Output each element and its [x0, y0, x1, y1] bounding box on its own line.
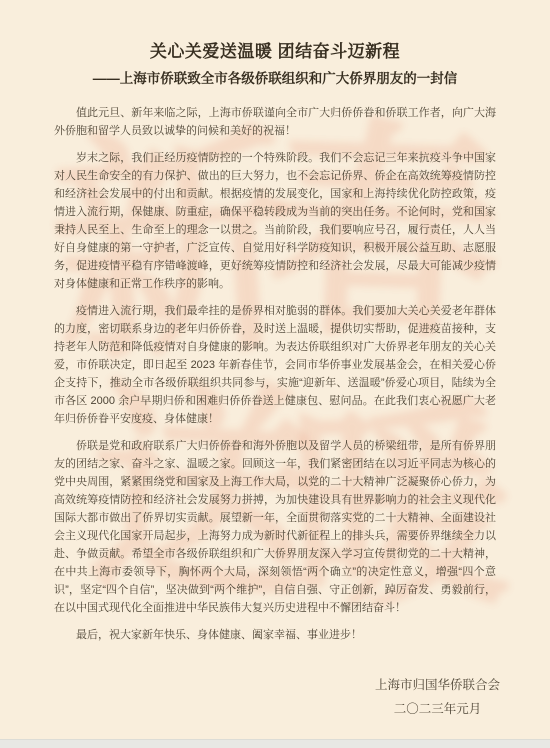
signature-organization: 上海市归国华侨联合会 [375, 676, 500, 694]
bottom-edge-strip [0, 739, 550, 748]
letter-body: 关心关爱送温暖 团结奋斗迈新程 ——上海市侨联致全市各级侨联组织和广大侨界朋友的… [0, 0, 550, 644]
paragraph-care-project: 疫情进入流行期，我们最牵挂的是侨界相对脆弱的群体。我们要加大关心关爱老年群体的力… [54, 302, 496, 428]
paragraph-greeting: 值此元旦、新年来临之际，上海市侨联谨向全市广大归侨侨眷和侨联工作者，向广大海外侨… [54, 104, 496, 140]
signature-block: 上海市归国华侨联合会 二〇二三年元月 [375, 676, 500, 718]
letter-title: 关心关爱送温暖 团结奋斗迈新程 [54, 42, 496, 62]
paragraph-closing-wishes: 最后，祝大家新年快乐、身体健康、阖家幸福、事业进步！ [54, 626, 496, 644]
letter-page: 新 春 送 暖 关心关爱送温暖 团结奋斗迈新程 ——上海市侨联致全市各级侨联组织… [0, 0, 550, 748]
paragraph-epidemic-review: 岁末之际，我们正经历疫情防控的一个特殊阶段。我们不会忘记三年来抗疫斗争中国家对人… [54, 149, 496, 293]
letter-subtitle: ——上海市侨联致全市各级侨联组织和广大侨界朋友的一封信 [54, 70, 496, 88]
paragraph-federation-outlook: 侨联是党和政府联系广大归侨侨眷和海外侨胞以及留学人员的桥梁纽带，是所有侨界朋友的… [54, 437, 496, 617]
signature-date: 二〇二三年元月 [375, 700, 500, 718]
